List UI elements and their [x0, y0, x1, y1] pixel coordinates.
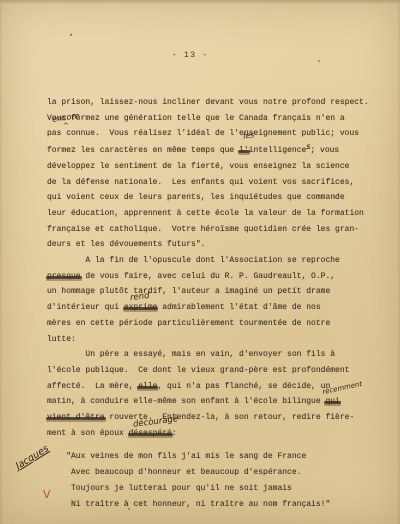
typed-text-segment: Vous formez une génération telle que le …: [47, 114, 345, 123]
typed-text-segment: , qui n'a pas flanché, se décide, un: [157, 382, 330, 391]
red-check-mark: V: [43, 488, 51, 501]
typed-text-segment: Un père a essayé, mais en vain, d'envoye…: [47, 350, 335, 359]
typed-text-segment: admirablement l'état d'âme de nos: [157, 303, 320, 312]
typed-line: lutte:: [47, 332, 382, 348]
typed-text-segment: la prison, laissez-nous incliner devant …: [47, 98, 369, 107]
typed-text-segment: A la fin de l'opuscule dont l'Associatio…: [47, 256, 340, 265]
typed-line: l'école publique. Ce dont le vieux grand…: [47, 363, 382, 379]
typed-text-segment: qui voient ceux de leurs parents, les in…: [47, 193, 345, 202]
typed-line: vient d'être rouverte. Entendez-la, à so…: [47, 410, 382, 426]
typed-line: Toujours je lutterai pour qu'il ne soit …: [47, 481, 382, 497]
typed-line: formez les caractères en même temps que …: [47, 142, 382, 159]
struck-out-text: vient d'être: [47, 413, 105, 422]
typed-line: de la défense nationale. Les enfants qui…: [47, 175, 382, 191]
insertion-caret-mark: ^: [63, 122, 69, 130]
margin-handwritten-name: Jacques: [14, 443, 51, 472]
typed-line: A la fin de l'opuscule dont l'Associatio…: [47, 253, 382, 269]
struck-out-text: qui: [325, 397, 339, 406]
typed-line: ment à son époux désespéré:: [47, 426, 382, 442]
typed-text-segment: Toujours je lutterai pour qu'il ne soit …: [47, 484, 292, 493]
typed-line: matin, à conduire elle-même son enfant à…: [47, 394, 382, 410]
typed-text-segment: Avec beaucoup d'honneur et beaucoup d'es…: [47, 468, 301, 477]
typed-text-segment: d'intérieur qui: [47, 303, 124, 312]
typed-text-segment: mères en cette période particulièrement …: [47, 319, 330, 328]
typed-text-segment: pas connue. Vous réalisez l'idéal de l'e…: [47, 129, 359, 138]
typed-text-segment: lutte:: [47, 335, 76, 344]
paper-speck: [128, 508, 130, 510]
typed-text-segment: affecté. La mère,: [47, 382, 138, 391]
typed-text-segment: leur éducation, apprennent à cette école…: [47, 209, 364, 218]
typed-text-segment: développez le sentiment de la fierté, vo…: [47, 162, 349, 171]
typed-text-segment: matin, à conduire elle-même son enfant à…: [47, 397, 325, 406]
document-page: - 13 - ’ la prison, laissez-nous incline…: [0, 0, 400, 524]
struck-out-text: elle: [138, 382, 157, 391]
struck-out-text: l': [239, 146, 249, 155]
typed-text-segment: ; vous: [310, 146, 339, 155]
typed-line: mères en cette période particulièrement …: [47, 316, 382, 332]
typed-line: la prison, laissez-nous incliner devant …: [47, 95, 382, 111]
typed-text-segment: deurs et les dévouements futurs".: [47, 240, 205, 249]
typed-text-segment: "Aux veines de mon fils j'ai mis le sang…: [47, 452, 306, 461]
typed-line: qui voient ceux de leurs parents, les in…: [47, 190, 382, 206]
typed-line: deurs et les dévouements futurs".: [47, 237, 382, 253]
typed-text-segment: française et catholique. Votre héroïsme …: [47, 225, 359, 234]
typed-text-segment: ment à son époux: [47, 429, 129, 438]
typed-text-segment: un hommage plutôt tardif, l'auteur a ima…: [47, 287, 330, 296]
typed-text-segment: de la défense nationale. Les enfants qui…: [47, 178, 354, 187]
typed-text-segment: Ni traître à cet honneur, ni traître au …: [47, 500, 330, 509]
typed-line: française et catholique. Votre héroïsme …: [47, 222, 382, 238]
typed-line: d'intérieur qui exprime admirablement l'…: [47, 300, 382, 316]
typed-line: "Aux veines de mon fils j'ai mis le sang…: [47, 449, 382, 465]
typed-line: Vous formez une génération telle que le …: [47, 111, 382, 127]
typed-line: un hommage plutôt tardif, l'auteur a ima…: [47, 284, 382, 300]
typed-text-segment: formez les caractères en même temps que: [47, 146, 239, 155]
typed-text-segment: intelligence: [249, 146, 307, 155]
typed-line: développez le sentiment de la fierté, vo…: [47, 159, 382, 175]
handwritten-inline-insert: s: [306, 142, 310, 151]
typed-line: Avec beaucoup d'honneur et beaucoup d'es…: [47, 465, 382, 481]
struck-out-text: presque: [47, 272, 81, 281]
typed-line: Ni traître à cet honneur, ni traître au …: [47, 497, 382, 513]
typed-line: Un père a essayé, mais en vain, d'envoye…: [47, 347, 382, 363]
typed-line: pas connue. Vous réalisez l'idéal de l'e…: [47, 126, 382, 142]
stray-pen-mark: ’: [68, 33, 73, 44]
struck-out-text: désespéré: [129, 429, 172, 438]
typed-text-segment: de vous faire, avec celui du R. P. Gaudr…: [81, 272, 335, 281]
struck-out-text: exprime: [124, 303, 158, 312]
handwritten-correction-les: les: [242, 130, 255, 141]
paper-speck: [318, 60, 320, 62]
typed-line: leur éducation, apprennent à cette école…: [47, 206, 382, 222]
typed-line: presque de vous faire, avec celui du R. …: [47, 269, 382, 285]
typed-text-block: la prison, laissez-nous incliner devant …: [47, 95, 382, 512]
page-number: - 13 -: [150, 50, 230, 60]
paper-speck: [334, 196, 336, 198]
typed-text-segment: l'école publique. Ce dont le vieux grand…: [47, 366, 349, 375]
